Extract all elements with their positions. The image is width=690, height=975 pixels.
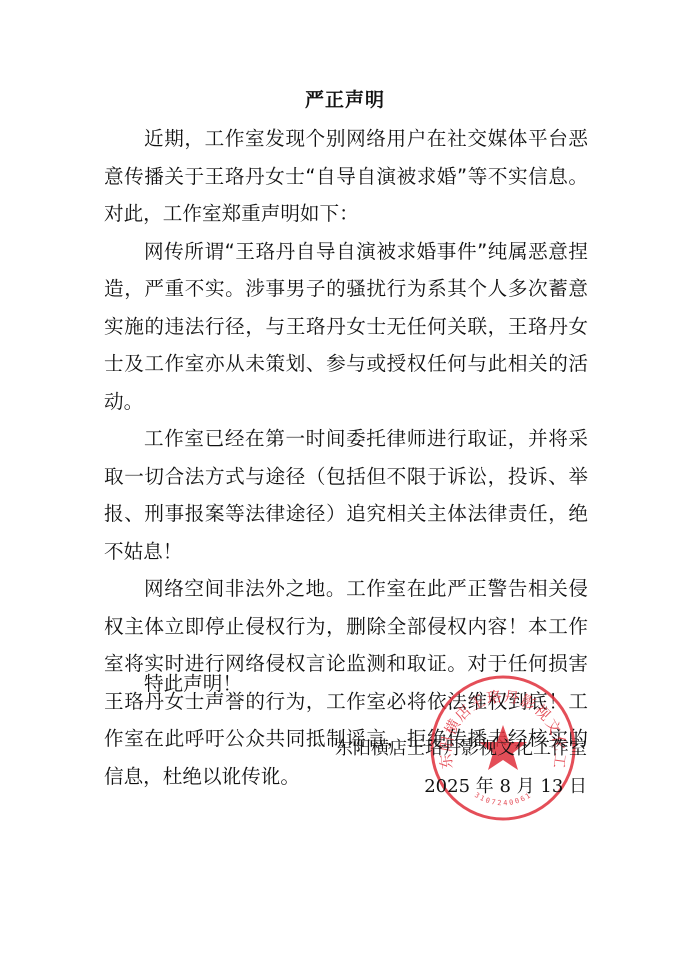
paragraph-denial: 网传所谓“王珞丹自导自演被求婚事件”纯属恶意捏造，严重不实。涉事男子的骚扰行为系…: [104, 233, 588, 421]
signer-name: 东阳横店王珞丹影视文化工作室: [335, 737, 587, 761]
document-title: 严正声明: [0, 88, 690, 112]
statement-date: 2025 年 8 月 13 日: [424, 775, 587, 799]
statement-page: 严正声明 近期，工作室发现个别网络用户在社交媒体平台恶意传播关于王珞丹女士“自导…: [0, 0, 690, 975]
paragraph-intro: 近期，工作室发现个别网络用户在社交媒体平台恶意传播关于王珞丹女士“自导自演被求婚…: [104, 120, 588, 233]
closing-statement: 特此声明！: [144, 665, 242, 702]
paragraph-legal-action: 工作室已经在第一时间委托律师进行取证，并将采取一切合法方式与途径（包括但不限于诉…: [104, 420, 588, 570]
